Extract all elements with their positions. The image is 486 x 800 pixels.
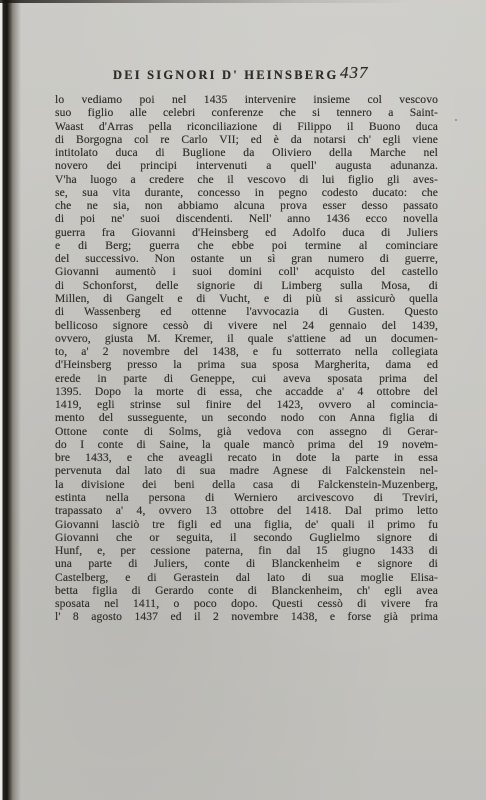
text-line: Castelberg, e di Gerastein dal lato di s… — [55, 571, 438, 584]
text-line: Hunf, e, per cessione paterna, fin dal 1… — [55, 544, 438, 557]
text-line: e di Berg; guerra che ebbe poi termine a… — [55, 239, 438, 252]
running-header-title: DEI SIGNORI D' HEINSBERG — [113, 68, 338, 83]
text-line: di Wassenberg ed ottenne l'avvocazia di … — [55, 305, 438, 318]
text-line: do I conte di Saine, la quale mancò prim… — [55, 438, 438, 451]
text-line: se, sua vita durante, concesso in pegno … — [55, 186, 438, 199]
text-line: Ottone conte di Solms, già vedova con as… — [55, 425, 438, 438]
text-line: suo figlio alle celebri conferenze che s… — [55, 106, 438, 119]
text-line: 1395. Dopo la morte di essa, che accadde… — [55, 385, 438, 398]
text-line: intitolato duca di Buglione da Oliviero … — [55, 146, 438, 159]
binding-shadow-left — [0, 0, 22, 800]
text-line: lo vediamo poi nel 1435 intervenire insi… — [55, 93, 438, 106]
text-line: di poi ne' suoi discendenti. Nell' anno … — [55, 212, 438, 225]
text-line: novero dei principi intervenuti a quell'… — [55, 159, 438, 172]
text-line: V'ha luogo a credere che il vescovo di l… — [55, 173, 438, 186]
text-line: la divisione dei beni della casa di Falc… — [55, 478, 438, 491]
text-line: d'Heinsberg presso la prima sua sposa Ma… — [55, 358, 438, 371]
text-line: pervenuta dal lato di sua madre Agnese d… — [55, 464, 438, 477]
text-line: Giovanni aumentò i suoi domini coll' acq… — [55, 265, 438, 278]
text-line: che ne sia, non abbiamo alcuna prova ess… — [55, 199, 438, 212]
paper-speck — [455, 119, 457, 121]
text-line: una parte di Juliers, conte di Blanckenh… — [55, 557, 438, 570]
text-line: l' 8 agosto 1437 ed il 2 novembre 1438, … — [55, 610, 438, 623]
scanned-book-page: DEI SIGNORI D' HEINSBERG 437 lo vediamo … — [0, 0, 486, 800]
text-line: del successivo. Non ostante un sì gran n… — [55, 252, 438, 265]
paper-speck — [330, 378, 332, 379]
text-line: erede in parte di Geneppe, cui aveva spo… — [55, 372, 438, 385]
body-text: lo vediamo poi nel 1435 intervenire insi… — [55, 93, 438, 624]
text-line: bre 1433, e che aveagli recato in dote l… — [55, 451, 438, 464]
text-line: Giovanni che or seguita, il secondo Gugl… — [55, 531, 438, 544]
text-line: betta figlia di Gerardo conte di Blancke… — [55, 584, 438, 597]
text-line: estinta nella persona di Werniero arcive… — [55, 491, 438, 504]
paper-speck — [429, 205, 431, 207]
text-line: Waast d'Arras pella riconciliazione di F… — [55, 120, 438, 133]
text-line: bellicoso signore cessò di vivere nel 24… — [55, 319, 438, 332]
text-line: di Borgogna col re Carlo VII; ed è da no… — [55, 133, 438, 146]
text-line: Giovanni lasciò tre figli ed una figlia,… — [55, 518, 438, 531]
text-line: Millen, di Gangelt e di Vucht, e di più … — [55, 292, 438, 305]
text-line: ovvero, giusta M. Kremer, il quale s'att… — [55, 332, 438, 345]
text-line: sposata nel 1411, o poco dopo. Questi ce… — [55, 597, 438, 610]
text-line: 1419, egli strinse sul finire del 1423, … — [55, 398, 438, 411]
text-line: trapassato a' 4, ovvero 13 ottobre del 1… — [55, 504, 438, 517]
paper-speck — [424, 441, 426, 443]
text-line: to, a' 2 novembre del 1438, e fu sotterr… — [55, 345, 438, 358]
text-line: di Schonforst, delle signorie di Limberg… — [55, 279, 438, 292]
text-line: guerra fra Giovanni d'Heinsberg ed Adolf… — [55, 226, 438, 239]
page-edge-shadow-top — [0, 0, 486, 3]
page-number: 437 — [340, 63, 369, 83]
text-line: mento del susseguente, un secondo nodo c… — [55, 411, 438, 424]
